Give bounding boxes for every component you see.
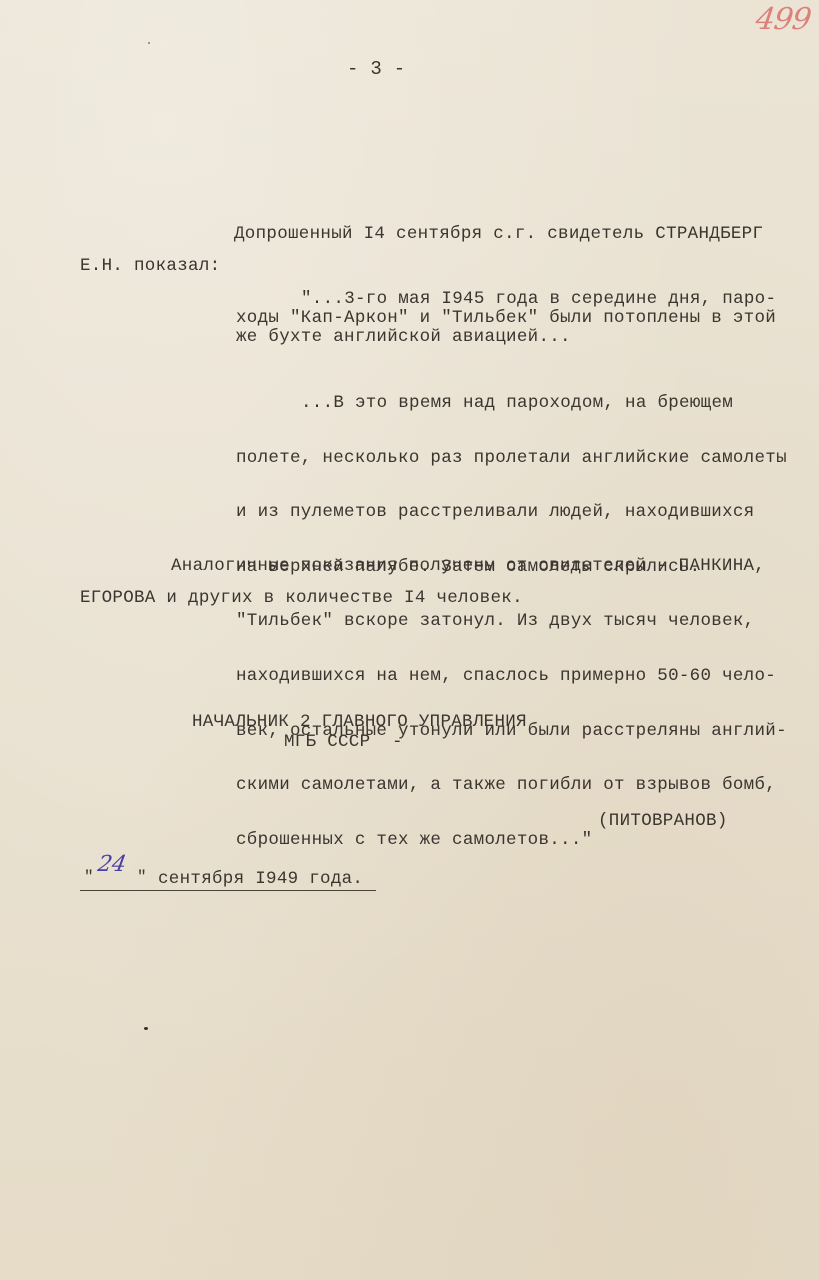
signatory-title-line2: МГБ СССР - [284,733,403,751]
quote2-line: скими самолетами, а также погибли от взр… [236,776,787,795]
paper-speck [144,1027,148,1030]
signatory-name: (ПИТОВРАНОВ) [598,812,728,830]
quote2-line: "Тильбек" вскоре затонул. Из двух тысяч … [236,612,787,631]
testimony-intro-line2: Е.Н. показал: [80,257,220,275]
quote1-line: ходы "Кап-Аркон" и "Тильбек" были потопл… [236,309,776,327]
quote2-line: ...В это время над пароходом, на бреющем [236,394,787,413]
quote1-line: же бухте английской авиацией... [236,328,571,346]
archive-page-number: 499 [754,2,813,37]
date-close-quote: " [137,868,147,886]
date-open-quote: " [84,868,94,886]
signatory-title-line1: НАЧАЛЬНИК 2 ГЛАВНОГО УПРАВЛЕНИЯ [192,713,527,731]
page-number: - 3 - [347,60,406,78]
quote1-line: "...3-го мая I945 года в середине дня, п… [301,290,776,308]
paper-speck [148,42,150,44]
quote2-line: находившихся на нем, спаслось примерно 5… [236,667,787,686]
quote2-line: сброшенных с тех же самолетов..." [236,831,787,850]
quote2-line: полете, несколько раз пролетали английск… [236,449,787,468]
quote2-block: ...В это время над пароходом, на бреющем… [236,358,787,885]
testimony-intro-line1: Допрошенный I4 сентября с.г. свидетель С… [234,225,763,243]
quote2-line: и из пулеметов расстреливали людей, нахо… [236,503,787,522]
date-text: сентября I949 года. [158,870,363,888]
similar-testimony-line1: Аналогичные показания получены от свидет… [171,557,765,575]
date-handwritten-day: 24 [96,852,128,877]
document-page: 499 - 3 - Допрошенный I4 сентября с.г. с… [0,0,819,1280]
similar-testimony-line2: ЕГОРОВА и других в количестве I4 человек… [80,589,523,607]
